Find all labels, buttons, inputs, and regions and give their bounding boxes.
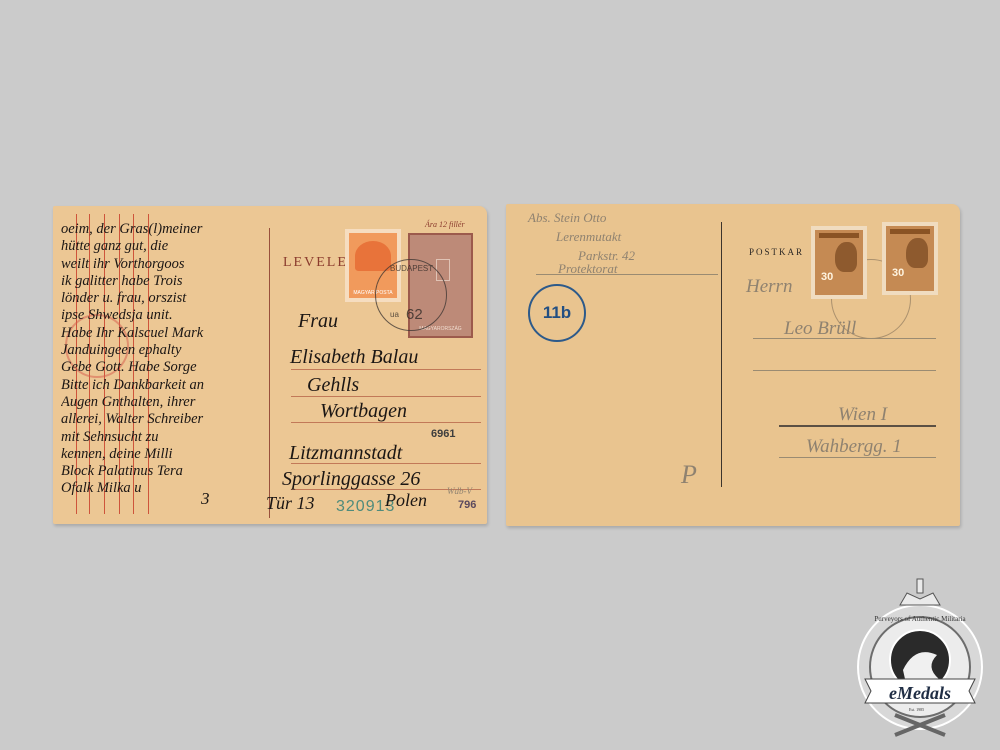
message-line: Augen Gnthalten, ihrer: [61, 394, 271, 411]
message-line: Janduingeen ephalty: [61, 342, 271, 359]
address-rule: [779, 425, 936, 427]
stamp-banner: [890, 229, 930, 234]
message-line: Bitte ich Dankbarkeit an: [61, 377, 271, 394]
message-line: Ofalk Milka u: [61, 480, 271, 497]
message-line: weilt ihr Vorthorgoos: [61, 256, 271, 273]
price-text: Ára 12 fillér: [425, 220, 465, 229]
motto: Purveyors of Authentic Militaria: [873, 615, 967, 623]
message-line: ipse Shwedsja unit.: [61, 307, 271, 324]
brand-name: eMedals: [889, 683, 951, 704]
stamp-value: 30: [821, 271, 833, 283]
address-rule: [753, 338, 936, 339]
established: Est. 1985: [909, 707, 924, 712]
recipient-city: Litzmannstadt: [289, 442, 402, 465]
message-line: Block Palatinus Tera: [61, 463, 271, 480]
printed-title: POSTKAR: [749, 247, 804, 257]
sender-rule: [536, 274, 718, 275]
message-line: Gebe Gott. Habe Sorge: [61, 359, 271, 376]
message-line: ik galitter habe Trois: [61, 273, 271, 290]
message-line: Habe Ihr Kalscuel Mark: [61, 325, 271, 342]
message-line: oeim, der Gras(l)meiner: [61, 221, 271, 238]
recipient-country: Polen: [385, 490, 427, 511]
hungarian-postcard: oeim, der Gras(l)meinerhütte ganz gut, d…: [53, 206, 487, 524]
handwritten-message: oeim, der Gras(l)meinerhütte ganz gut, d…: [61, 221, 271, 498]
page-number: 3: [201, 489, 210, 509]
message-line: allerei, Walter Schreiber: [61, 411, 271, 428]
message-line: hütte ganz gut, die: [61, 238, 271, 255]
stamp-value: 30: [892, 267, 904, 279]
crown-icon: [355, 241, 391, 271]
address-rule: [291, 369, 481, 370]
recipient-city: Wien I: [838, 404, 887, 426]
portrait-icon: [906, 238, 928, 268]
address-rule: [753, 370, 936, 371]
sender-line-2: Lerenmutakt: [556, 229, 621, 245]
budapest-postmark: BUDAPEST 62 ua: [375, 259, 447, 331]
recipient-name: Leo Brüll: [784, 318, 856, 340]
divider-line: [721, 222, 722, 487]
message-line: kennen, deine Milli: [61, 446, 271, 463]
number-stamp-6961: 6961: [431, 428, 455, 440]
recipient-street: Wahbergg. 1: [806, 436, 902, 458]
recipient-name: Elisabeth Balau: [290, 346, 418, 369]
pencil-mark: P: [681, 460, 697, 490]
number-stamp-796: 796: [458, 499, 476, 511]
pencil-note: Wdb-V: [447, 486, 472, 496]
recipient-line2: Gehlls: [307, 374, 359, 397]
recipient-line3: Wortbagen: [320, 400, 407, 423]
recipient-salutation: Herrn: [746, 276, 792, 298]
hitler-stamp-2: 30: [882, 222, 938, 295]
censor-11b-mark: 11b: [528, 284, 586, 342]
german-postcard: Abs. Stein Otto Lerenmutakt Parkstr. 42 …: [506, 204, 960, 526]
portrait-icon: [835, 242, 857, 272]
recipient-street: Sporlinggasse 26: [282, 468, 420, 491]
message-line: mit Sehnsucht zu: [61, 429, 271, 446]
emedals-watermark: eMedals Purveyors of Authentic Militaria…: [845, 575, 995, 745]
message-line: lönder u. frau, orszist: [61, 290, 271, 307]
return-prefix: Tür 13: [266, 493, 315, 514]
address-rule: [779, 457, 936, 458]
hitler-stamp-1: 30: [811, 226, 867, 299]
recipient-salutation: Frau: [298, 310, 338, 333]
stamp-banner: [819, 233, 859, 238]
laurel-badge-icon: [845, 575, 995, 745]
sender-line-1: Abs. Stein Otto: [528, 210, 606, 226]
